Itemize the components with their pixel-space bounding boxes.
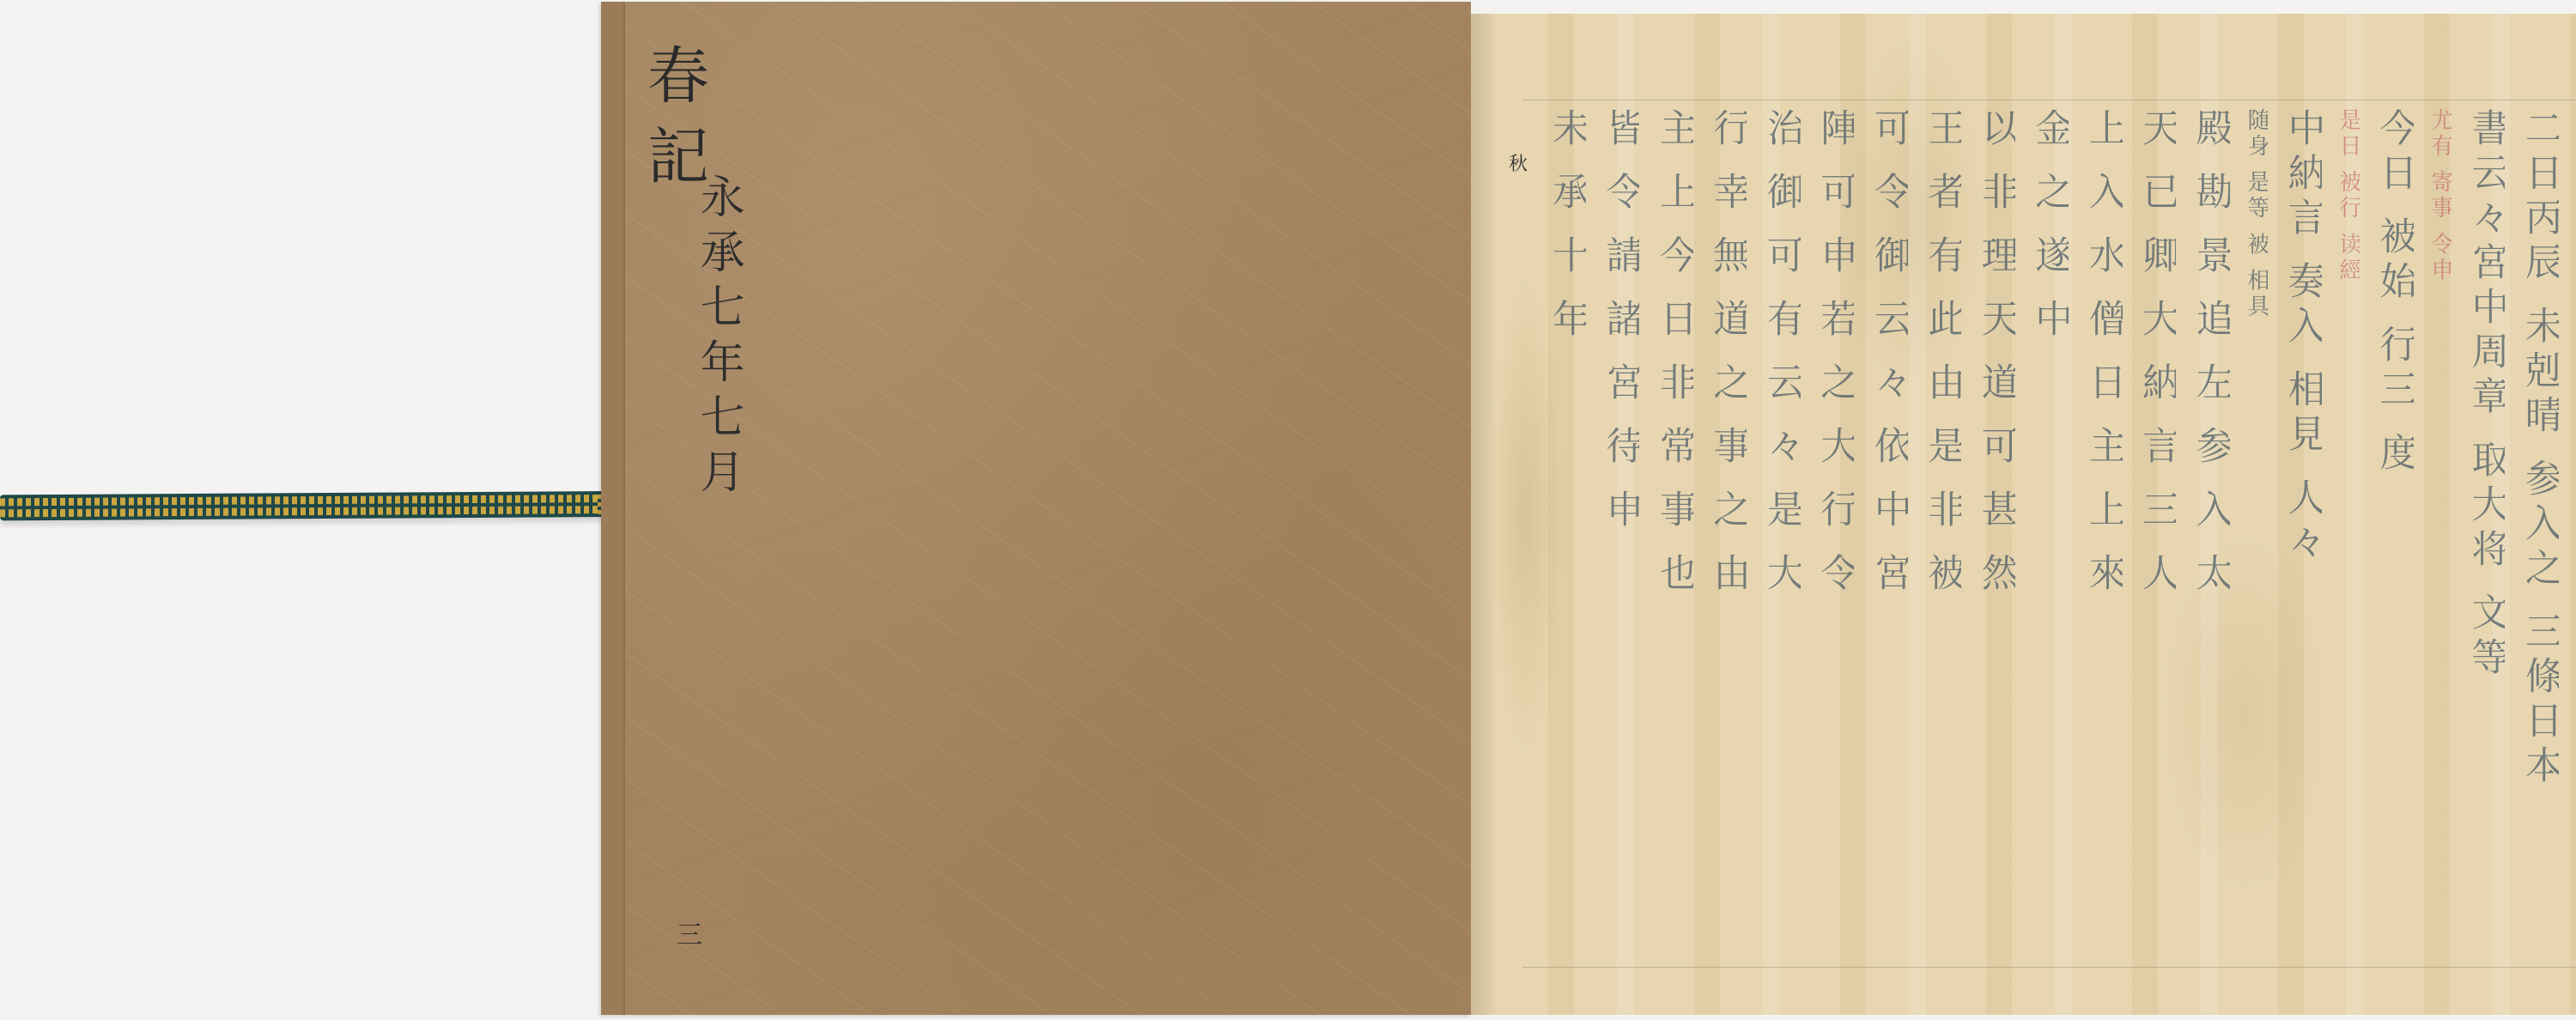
cover-spine <box>601 2 625 1015</box>
binding-edge <box>1471 14 1495 1015</box>
text-column: 是日 被行 读經 <box>2337 108 2360 963</box>
braided-cord <box>0 491 611 520</box>
text-column: 二日丙辰 未剋晴 参入之 三條日本 <box>2521 108 2559 963</box>
text-column: 行 幸 無 道 之 事 之 由 <box>1709 108 1747 963</box>
cord-stripe <box>0 506 611 517</box>
text-column: 天 已 卿 大 納 言 三 人 <box>2138 108 2176 963</box>
volume-number: 三 <box>677 914 702 951</box>
book-cover: 春記 永承七年七月 三 <box>601 2 1471 1015</box>
text-column: 以 非 理 天 道 可 甚 然 <box>1978 108 2015 963</box>
margin-note: 秋 <box>1509 149 1528 176</box>
text-column: 王 者 有 此 由 是 非 被 <box>1923 108 1961 963</box>
manuscript-page: 秋 二日丙辰 未剋晴 参入之 三條日本書云々宮中周章 取大将 文等尤有 寄事 令… <box>1471 14 2576 1015</box>
text-column: 尤有 寄事 令申 <box>2429 108 2451 963</box>
text-column: 今日 被始 行三 度 <box>2376 108 2414 963</box>
text-columns: 二日丙辰 未剋晴 参入之 三條日本書云々宮中周章 取大将 文等尤有 寄事 令申今… <box>1548 108 2559 963</box>
text-column: 中納言 奏入 相見 人々 <box>2284 108 2322 963</box>
text-column: 治 御 可 有 云 々 是 大 <box>1763 108 1801 963</box>
cord-stripe <box>0 495 611 506</box>
text-column: 陣 可 申 若 之 大 行 令 <box>1816 108 1854 963</box>
text-column: 可 令 御 云 々 依 中 宮 <box>1870 108 1908 963</box>
text-column: 書云々宮中周章 取大将 文等 <box>2467 108 2505 963</box>
text-column: 主 上 今 日 非 常 事 也 <box>1656 108 1693 963</box>
top-ruled-line <box>1522 100 2576 100</box>
text-column: 未 承 十 年 <box>1548 108 1586 963</box>
text-column: 上 入 水 僧 日 主 上 來 <box>2085 108 2123 963</box>
text-column: 殿 勘 景 追 左 参 入 太 <box>2192 108 2230 963</box>
cover-date: 永承七年七月 <box>696 173 740 503</box>
paper-texture <box>601 2 1471 1015</box>
text-column: 随身 是等 被 相具 <box>2245 108 2268 963</box>
text-column: 金 之 遂 中 <box>2031 108 2069 963</box>
text-column: 皆 令 請 諸 宮 待 申 <box>1601 108 1639 963</box>
bottom-ruled-line <box>1522 967 2576 968</box>
